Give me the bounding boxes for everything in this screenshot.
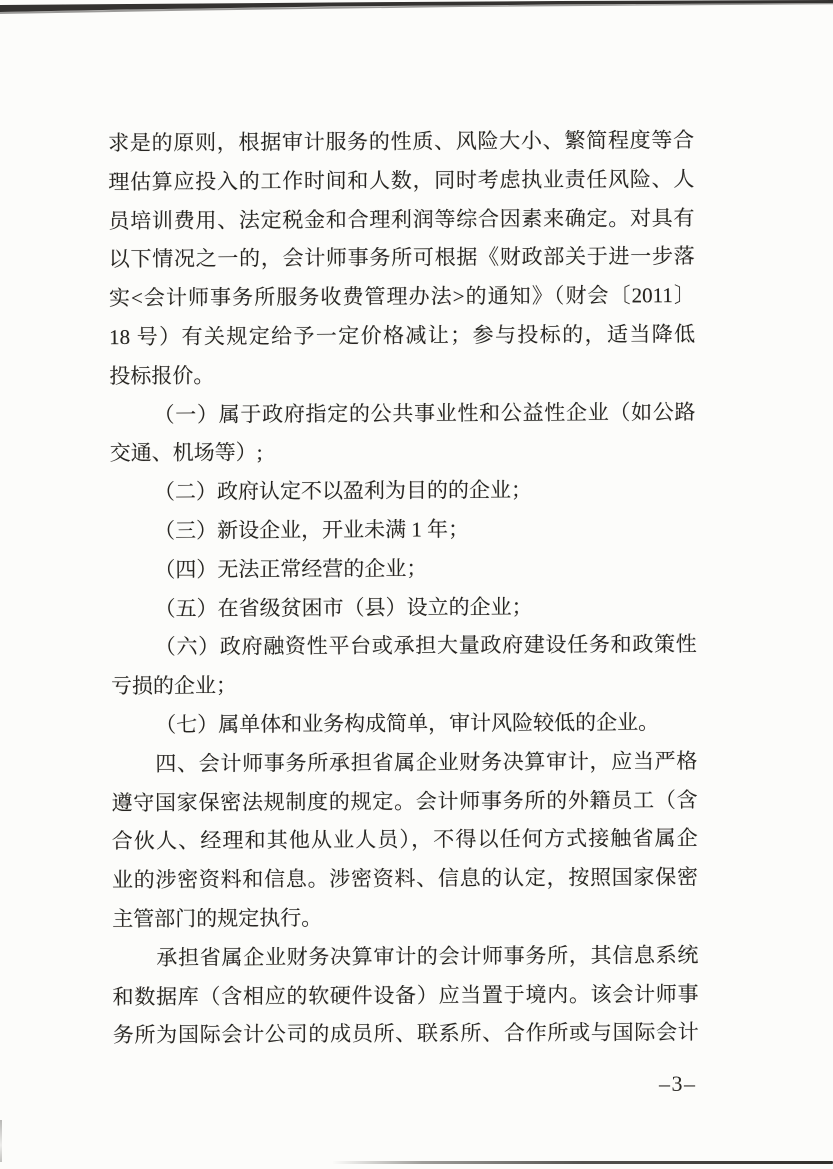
text-line: （二）政府认定不以盈利为目的的企业； [110, 470, 696, 512]
text-line: 四、会计师事务所承担省属企业财务决算审计，应当严格 [111, 742, 697, 784]
text-line: 亏损的企业； [111, 664, 697, 706]
text-line: （四）无法正常经营的企业； [110, 548, 696, 590]
text-line: 求是的原则，根据审计服务的性质、风险大小、繁简程度等合 [108, 121, 694, 163]
text-line: （七）属单体和业务构成简单，审计风险较低的企业。 [111, 703, 697, 745]
text-line: 以下情况之一的，会计师事务所可根据《财政部关于进一步落 [109, 237, 695, 279]
text-line: 和数据库（含相应的软硬件设备）应当置于境内。该会计师事 [112, 975, 698, 1017]
scanned-page: 求是的原则，根据审计服务的性质、风险大小、繁简程度等合理估算应投入的工作时间和人… [0, 0, 833, 1169]
text-line: （一）属于政府指定的公共事业性和公益性企业（如公路 [109, 393, 695, 435]
text-line: 承担省属企业财务决算审计的会计师事务所，其信息系统 [112, 936, 698, 978]
page-number: –3– [659, 1072, 697, 1096]
text-line: 理估算应投入的工作时间和人数，同时考虑执业责任风险、人 [108, 160, 694, 202]
text-line: 员培训费用、法定税金和合理利润等综合因素来确定。对具有 [108, 199, 694, 241]
text-line: 遵守国家保密法规制度的规定。会计师事务所的外籍员工（含 [111, 781, 697, 823]
scan-edge-left-artifact [0, 1120, 2, 1162]
text-line: （五）在省级贫困市（县）设立的企业； [110, 587, 696, 629]
scan-edge-bottom-artifact [332, 1161, 833, 1164]
text-line: 业的涉密资料和信息。涉密资料、信息的认定，按照国家保密 [112, 858, 698, 900]
text-line: 务所为国际会计公司的成员所、联系所、合作所或与国际会计 [113, 1013, 699, 1055]
text-line: （六）政府融资性平台或承担大量政府建设任务和政策性 [111, 625, 697, 667]
text-line: 交通、机场等）; [110, 431, 696, 473]
scan-edge-top-artifact [0, 0, 833, 16]
text-line: （三）新设企业，开业未满 1 年； [110, 509, 696, 551]
text-line: 18 号）有关规定给予一定价格减让；参与投标的，适当降低 [109, 315, 695, 357]
text-line: 投标报价。 [109, 354, 695, 396]
text-line: 实<会计师事务所服务收费管理办法>的通知》（财会〔2011〕 [109, 276, 695, 318]
text-line: 主管部门的规定执行。 [112, 897, 698, 939]
text-line: 合伙人、经理和其他从业人员），不得以任何方式接触省属企 [112, 819, 698, 861]
document-body: 求是的原则，根据审计服务的性质、风险大小、繁简程度等合理估算应投入的工作时间和人… [108, 121, 699, 1055]
